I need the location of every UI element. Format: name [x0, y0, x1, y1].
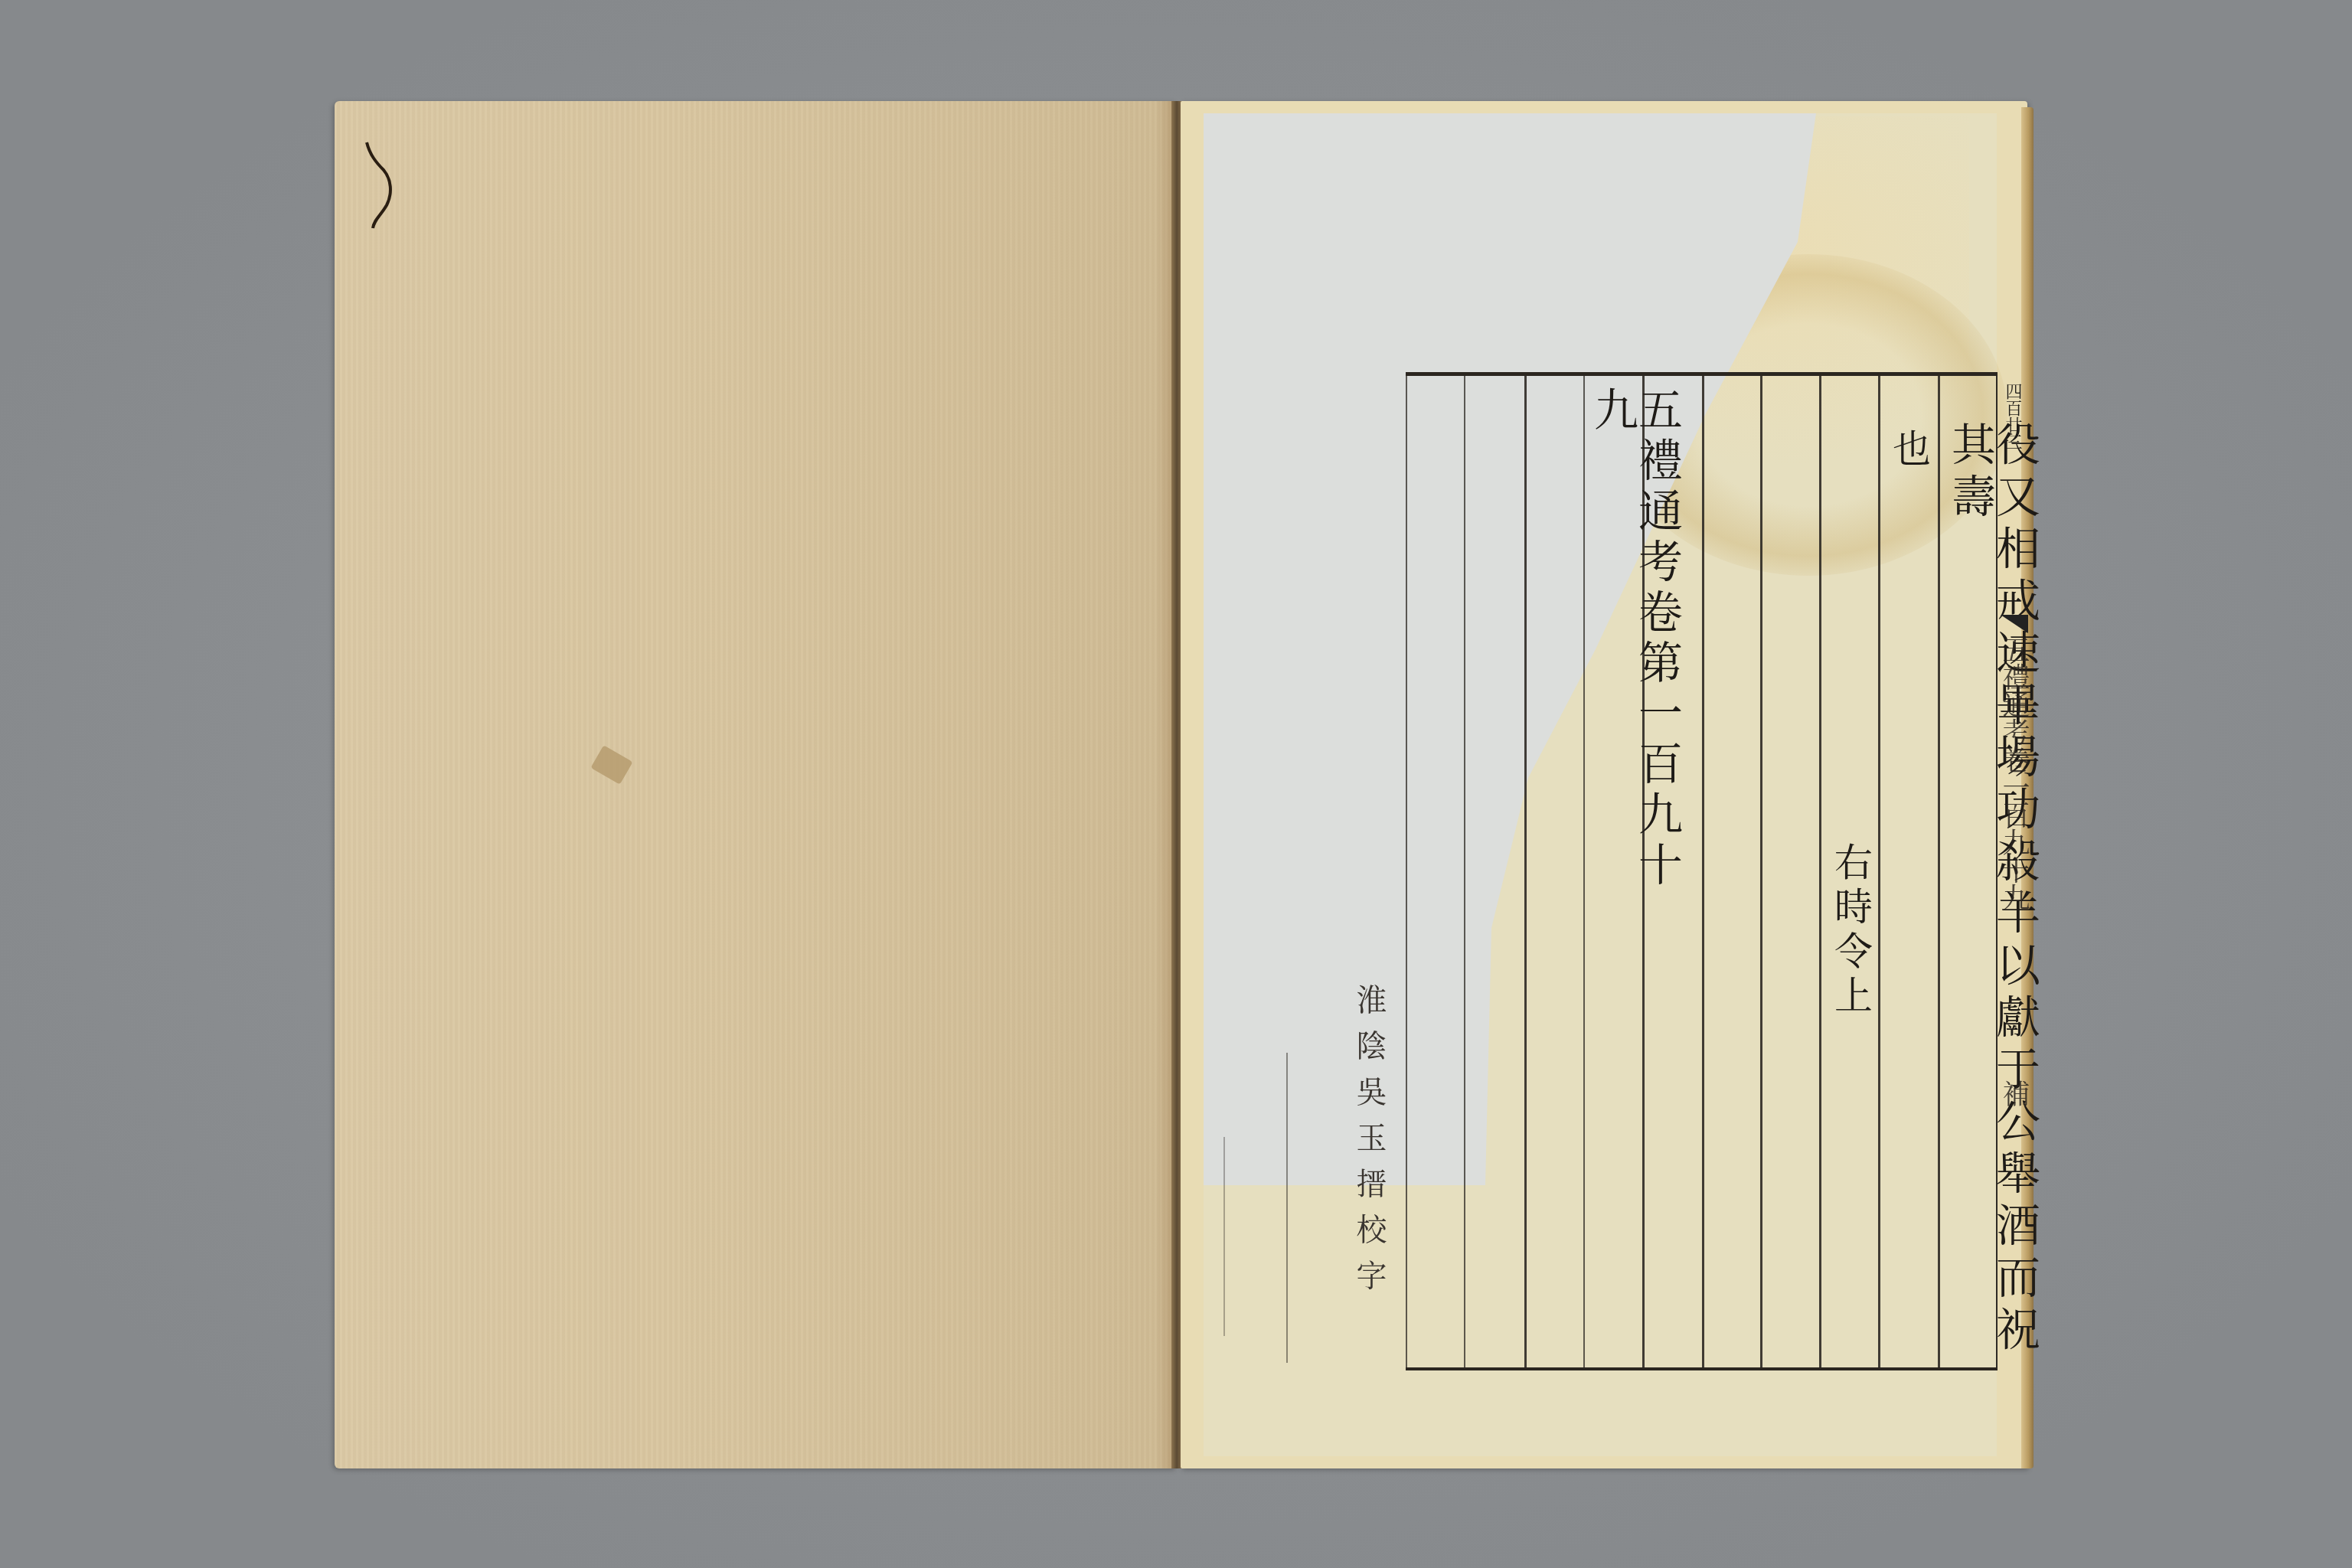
column-rule — [1702, 376, 1704, 1367]
column-rule — [1583, 376, 1585, 1367]
column-rule — [1286, 1053, 1288, 1363]
column-rule — [1760, 376, 1762, 1367]
text-column-3: 右時令上 — [1831, 842, 1870, 1020]
fish-tail-mark-icon — [2001, 615, 2028, 633]
editor-credit-column: 淮陰吳玉搢校字 — [1354, 984, 1384, 1305]
folio-number: 四百廿三 — [2004, 383, 2020, 450]
column-rule — [1464, 376, 1465, 1367]
tear-mark-icon — [364, 139, 402, 231]
column-rule — [1223, 1137, 1225, 1336]
paper-fiber-chip — [590, 745, 632, 784]
banxin-mark: 補 — [2000, 1080, 2027, 1107]
column-rule — [1524, 376, 1527, 1367]
banxin-title: 五禮通考卷一百九十九 — [2000, 635, 2027, 957]
printed-frame — [1406, 372, 1998, 1370]
column-rule — [1819, 376, 1821, 1367]
column-rule — [1938, 376, 1940, 1367]
chapter-title-column: 五禮通考卷第一百九十九 — [1590, 387, 1679, 938]
left-page-blank — [335, 101, 1177, 1468]
open-book: 役又相戒速畢場功殺羊以獻于公舉酒而祝其壽 也 右時令上 五禮通考卷第一百九十九 … — [0, 0, 2352, 1568]
text-column-2: 也 — [1890, 429, 1928, 472]
column-rule — [1878, 376, 1880, 1367]
